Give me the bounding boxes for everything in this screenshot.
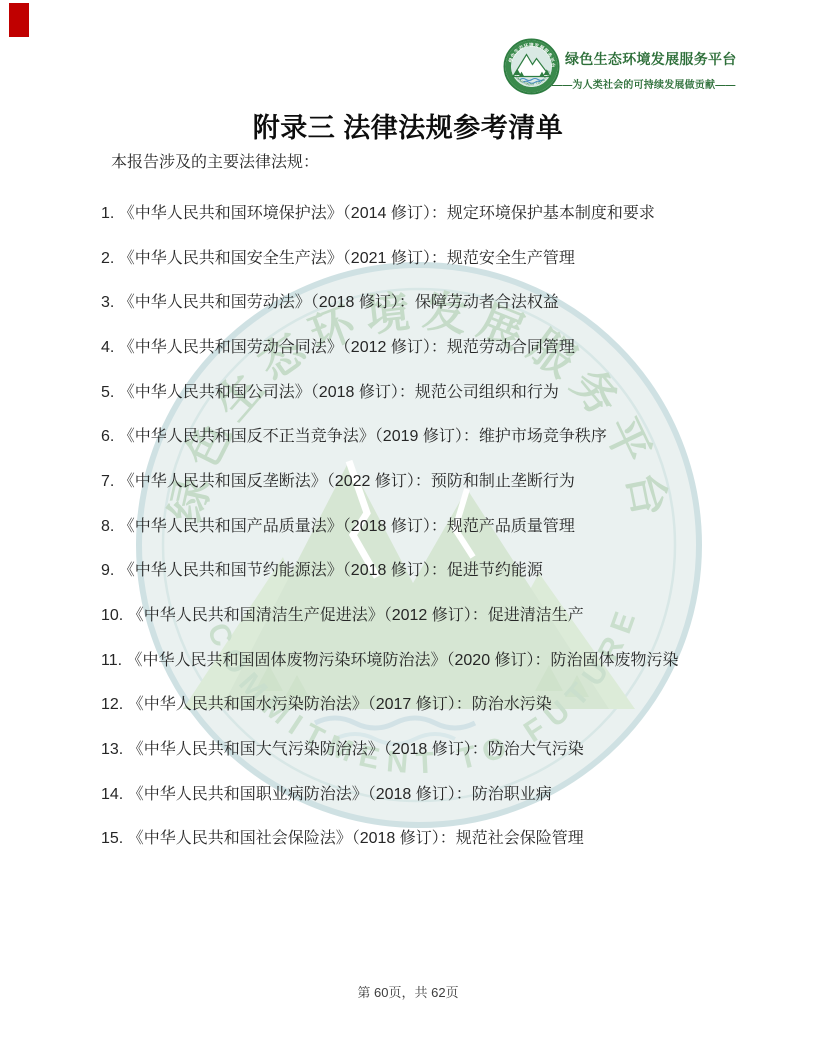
platform-name: 绿色生态环境发展服务平台 — [565, 49, 743, 69]
law-list-item: 12. 《中华人民共和国水污染防治法》（2017 修订）：防治水污染 — [101, 681, 741, 726]
document-page: 绿色生态环境发展服务平台 COMMITMENT TO FUTURE 绿色生态环境… — [0, 0, 816, 1056]
law-list-item: 14. 《中华人民共和国职业病防治法》（2018 修订）：防治职业病 — [101, 770, 741, 815]
law-list-item: 6. 《中华人民共和国反不正当竞争法》（2019 修订）：维护市场竞争秩序 — [101, 412, 741, 457]
law-list-item: 8. 《中华人民共和国产品质量法》（2018 修订）：规范产品质量管理 — [101, 502, 741, 547]
page-title: 附录三 法律法规参考清单 — [0, 110, 816, 146]
platform-tagline: ——为人类社会的可持续发展做贡献—— — [552, 76, 742, 91]
law-list: 1. 《中华人民共和国环境保护法》（2014 修订）：规定环境保护基本制度和要求… — [101, 189, 741, 859]
law-list-item: 11. 《中华人民共和国固体废物污染环境防治法》（2020 修订）：防治固体废物… — [101, 636, 741, 681]
law-list-item: 15. 《中华人民共和国社会保险法》（2018 修订）：规范社会保险管理 — [101, 815, 741, 860]
law-list-item: 13. 《中华人民共和国大气污染防治法》（2018 修订）：防治大气污染 — [101, 725, 741, 770]
law-list-item: 5. 《中华人民共和国公司法》（2018 修订）：规范公司组织和行为 — [101, 368, 741, 413]
law-list-item: 4. 《中华人民共和国劳动合同法》（2012 修订）：规范劳动合同管理 — [101, 323, 741, 368]
law-list-item: 2. 《中华人民共和国安全生产法》（2021 修订）：规范安全生产管理 — [101, 234, 741, 279]
law-list-item: 7. 《中华人民共和国反垄断法》（2022 修订）：预防和制止垄断行为 — [101, 457, 741, 502]
law-list-item: 10. 《中华人民共和国清洁生产促进法》（2012 修订）：促进清洁生产 — [101, 591, 741, 636]
intro-text: 本报告涉及的主要法律法规： — [111, 153, 319, 173]
page-footer: 第 60页，共 62页 — [0, 985, 816, 1001]
law-list-item: 1. 《中华人民共和国环境保护法》（2014 修订）：规定环境保护基本制度和要求 — [101, 189, 741, 234]
law-list-item: 9. 《中华人民共和国节约能源法》（2018 修订）：促进节约能源 — [101, 547, 741, 592]
red-corner-marker — [9, 3, 29, 37]
platform-logo: 绿色生态环境发展服务平台 COMMITMENT TO FUTURE 绿色生态环境… — [503, 38, 743, 98]
law-list-item: 3. 《中华人民共和国劳动法》（2018 修订）：保障劳动者合法权益 — [101, 278, 741, 323]
